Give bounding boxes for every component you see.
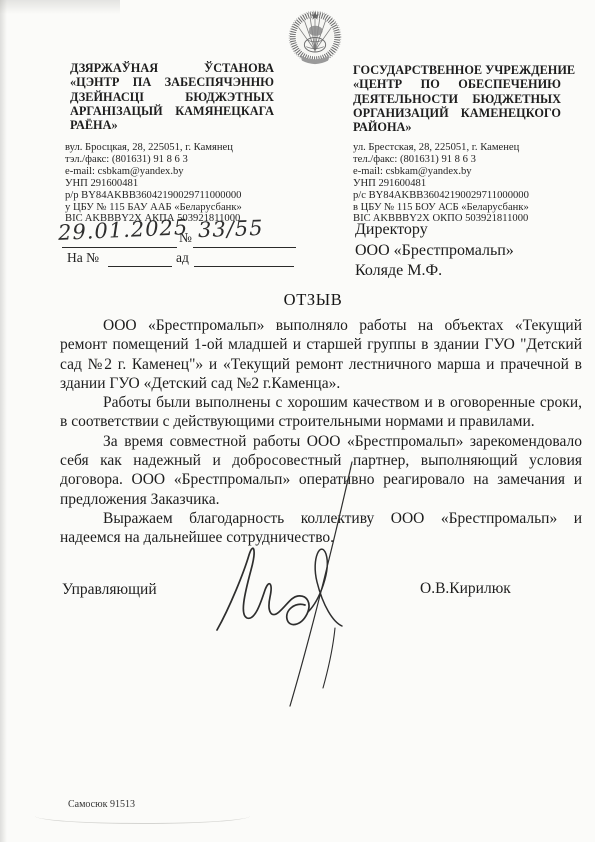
org-name-line: РАЁНА» [70, 118, 274, 132]
phone-line: тел./факс: (801631) 91 8 6 3 [353, 154, 593, 166]
letter-paragraph: ООО «Брестпромальп» выполняло работы на … [60, 316, 582, 393]
org-name-line: РАЙОНА» [353, 120, 561, 134]
reply-date-blank-underline [194, 266, 294, 267]
reply-to-label: На № [67, 250, 99, 266]
org-name-line: ДЗЯРЖАЎНАЯ ЎСТАНОВА [70, 61, 274, 75]
account-line: р/р BY84AKBB36042190029711000000 [65, 190, 315, 202]
belarus-state-emblem-icon [286, 7, 344, 67]
letter-title: ОТЗЫВ [60, 290, 566, 310]
handwritten-date: 29.01.2025 [58, 215, 189, 245]
address-line: ул. Брестская, 28, 225051, г. Каменец [353, 142, 593, 154]
email-line: e-mail: csbkam@yandex.by [65, 166, 315, 178]
org-name-line: ГОСУДАРСТВЕННОЕ УЧРЕЖДЕНИЕ [353, 63, 561, 77]
scan-edge-shadow-left [0, 0, 7, 842]
org-name-line: «ЦЕНТР ПО ОБЕСПЕЧЕНИЮ [353, 77, 561, 91]
reply-date-label: ад [176, 250, 189, 266]
date-underline [62, 247, 177, 248]
scan-artifact-arc [35, 808, 250, 824]
bank-line: у ЦБУ № 115 БАУ ААБ «Беларусбанк» [65, 202, 315, 214]
handwritten-signature-icon [192, 452, 372, 717]
org-name-line: ОРГАНИЗАЦИЙ КАМЕНЕЦКОГО [353, 106, 561, 120]
account-line: р/с BY84AKBB36042190029711000000 [353, 190, 593, 202]
addressee-position: Директору [355, 220, 514, 241]
contact-block-belarusian: вул. Бросцкая, 28, 225051, г. Камянец тэ… [65, 142, 315, 225]
reply-number-blank-underline [108, 266, 172, 267]
scan-edge-shadow-top [0, 0, 120, 14]
contact-block-russian: ул. Брестская, 28, 225051, г. Каменец те… [353, 142, 593, 225]
scanned-letter-page: ДЗЯРЖАЎНАЯ ЎСТАНОВА «ЦЭНТР ПА ЗАБЕСПЯЧЭН… [0, 0, 595, 842]
number-underline [193, 247, 296, 248]
phone-line: тэл./факс: (801631) 91 8 6 3 [65, 154, 315, 166]
signer-position: Управляющий [62, 581, 157, 599]
org-name-line: ДЕЯТЕЛЬНОСТИ БЮДЖЕТНЫХ [353, 92, 561, 106]
handwritten-outgoing-number: 33/55 [198, 216, 264, 242]
bank-line: в ЦБУ № 115 БОУ АСБ «Беларусбанк» [353, 202, 593, 214]
org-name-line: ДЗЕЙНАСЦІ БЮДЖЭТНЫХ [70, 90, 274, 104]
org-name-russian: ГОСУДАРСТВЕННОЕ УЧРЕЖДЕНИЕ «ЦЕНТР ПО ОБЕ… [353, 63, 561, 134]
unp-line: УНП 291600481 [353, 178, 593, 190]
org-name-line: АРГАНІЗАЦЫЙ КАМЯНЕЦКАГА [70, 104, 274, 118]
addressee-block: Директору ООО «Брестпромальп» Коляде М.Ф… [355, 220, 514, 282]
address-line: вул. Бросцкая, 28, 225051, г. Камянец [65, 142, 315, 154]
signer-name: О.В.Кирилюк [420, 580, 511, 598]
letter-paragraph: Работы были выполнены с хорошим качество… [60, 393, 582, 432]
unp-line: УНП 291600481 [65, 178, 315, 190]
email-line: e-mail: csbkam@yandex.by [353, 166, 593, 178]
number-sign-label: № [179, 230, 192, 246]
org-name-line: «ЦЭНТР ПА ЗАБЕСПЯЧЭННЮ [70, 75, 274, 89]
addressee-name: Коляде М.Ф. [355, 261, 514, 282]
addressee-company: ООО «Брестпромальп» [355, 241, 514, 262]
org-name-belarusian: ДЗЯРЖАЎНАЯ ЎСТАНОВА «ЦЭНТР ПА ЗАБЕСПЯЧЭН… [70, 61, 274, 132]
